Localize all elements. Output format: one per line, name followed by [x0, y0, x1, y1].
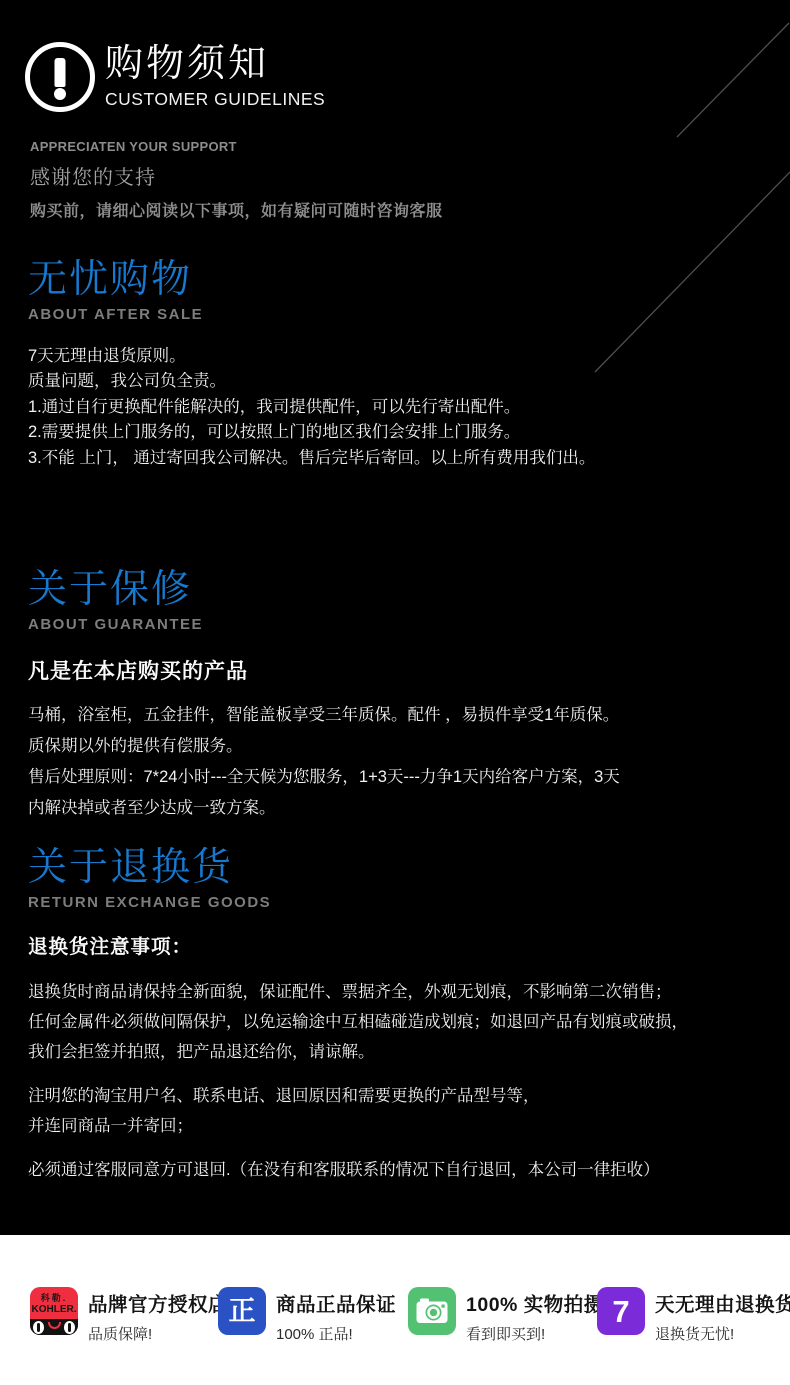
section-body: 退换货时商品请保持全新面貌，保证配件、票据齐全，外观无划痕，不影响第二次销售； …	[28, 977, 688, 1185]
badge-seven-day-return: 7 天无理由退换货 退换货无忧!	[597, 1287, 790, 1344]
support-intro-note: 购买前，请细心阅读以下事项，如有疑问可随时咨询客服	[30, 198, 443, 221]
body-line: 1.通过自行更换配件能解决的，我司提供配件，可以先行寄出配件。	[28, 395, 595, 421]
zheng-glyph: 正	[229, 1298, 256, 1325]
badge-title: 100% 实物拍摄	[466, 1289, 604, 1317]
section-lead: 退换货注意事项：	[28, 931, 688, 959]
kohler-logo-en: KOHLER.	[30, 1304, 78, 1315]
badge-title: 品牌官方授权店	[88, 1289, 228, 1317]
section-return-exchange: 关于退换货 RETURN EXCHANGE GOODS 退换货注意事项： 退换货…	[28, 846, 688, 1185]
badge-subtitle: 100% 正品!	[276, 1323, 396, 1344]
customer-guidelines-page: 购物须知 CUSTOMER GUIDELINES APPRECIATEN YOU…	[0, 0, 790, 1385]
section-after-sale: 无忧购物 ABOUT AFTER SALE 7天无理由退货原则。 质量问题，我公…	[28, 258, 595, 471]
support-intro: APPRECIATEN YOUR SUPPORT 感谢您的支持 购买前，请细心阅…	[30, 139, 443, 221]
body-line: 售后处理原则：7*24小时---全天候为您服务，1+3天---力争1天内给客户方…	[28, 762, 620, 793]
badge-official-store: 科勒. KOHLER. 品牌官方授权店 品质保障!	[30, 1287, 228, 1344]
body-line: 并连同商品一并寄回；	[28, 1111, 688, 1141]
body-line: 退换货时商品请保持全新面貌，保证配件、票据齐全，外观无划痕，不影响第二次销售；	[28, 977, 688, 1007]
body-line: 质量问题，我公司负全责。	[28, 369, 595, 395]
badge-authentic-goods: 正 商品正品保证 100% 正品!	[218, 1287, 396, 1344]
body-line: 2.需要提供上门服务的，可以按照上门的地区我们会安排上门服务。	[28, 420, 595, 446]
section-title: 关于保修	[28, 568, 620, 613]
page-subtitle: CUSTOMER GUIDELINES	[105, 89, 325, 110]
body-line: 注明您的淘宝用户名、联系电话、退回原因和需要更换的产品型号等，	[28, 1081, 688, 1111]
body-line: 任何金属件必须做间隔保护，以免运输途中互相磕碰造成划痕；如退回产品有划痕或破损，	[28, 1007, 688, 1037]
badge-subtitle: 品质保障!	[88, 1323, 228, 1344]
section-title: 无忧购物	[28, 258, 595, 303]
camera-badge-icon	[408, 1287, 456, 1335]
body-line: 马桶，浴室柜，五金挂件，智能盖板享受三年质保。配件 ，易损件享受1年质保。	[28, 700, 620, 731]
section-guarantee: 关于保修 ABOUT GUARANTEE 凡是在本店购买的产品 马桶，浴室柜，五…	[28, 568, 620, 824]
kohler-logo-cn: 科勒.	[30, 1287, 78, 1304]
badge-title: 商品正品保证	[276, 1289, 396, 1317]
section-body: 7天无理由退货原则。 质量问题，我公司负全责。 1.通过自行更换配件能解决的，我…	[28, 344, 595, 472]
page-title: 购物须知	[105, 44, 325, 86]
body-line: 7天无理由退货原则。	[28, 344, 595, 370]
badge-title: 天无理由退换货	[655, 1289, 790, 1317]
page-header: 购物须知 CUSTOMER GUIDELINES	[105, 44, 325, 110]
body-line: 质保期以外的提供有偿服务。	[28, 731, 620, 762]
seven-day-badge-icon: 7	[597, 1287, 645, 1335]
tmall-cat-face	[30, 1319, 78, 1335]
kohler-tmall-store-logo-icon: 科勒. KOHLER.	[30, 1287, 78, 1335]
badge-subtitle: 看到即买到!	[466, 1323, 604, 1344]
section-title-en: ABOUT GUARANTEE	[28, 616, 620, 633]
section-title-en: RETURN EXCHANGE GOODS	[28, 894, 688, 911]
section-title-en: ABOUT AFTER SALE	[28, 306, 595, 323]
badge-subtitle: 退换货无忧!	[655, 1323, 790, 1344]
body-line: 我们会拒签并拍照，把产品退还给你，请谅解。	[28, 1037, 688, 1067]
support-intro-cn: 感谢您的支持	[30, 161, 443, 190]
trust-badges-footer: 科勒. KOHLER. 品牌官方授权店 品质保障! 正 商品正品保证 10	[0, 1235, 790, 1385]
section-title: 关于退换货	[28, 846, 688, 891]
body-line: 必须通过客服同意方可退回.（在没有和客服联系的情况下自行退回，本公司一律拒收）	[28, 1155, 688, 1185]
body-line: 内解决掉或者至少达成一致方案。	[28, 793, 620, 824]
exclamation-circle-icon	[25, 42, 95, 112]
badge-real-photos: 100% 实物拍摄 看到即买到!	[408, 1287, 604, 1344]
seven-glyph: 7	[612, 1296, 629, 1327]
authenticity-badge-icon: 正	[218, 1287, 266, 1335]
support-intro-en: APPRECIATEN YOUR SUPPORT	[30, 139, 443, 154]
body-line: 3.不能 上门， 通过寄回我公司解决。售后完毕后寄回。以上所有费用我们出。	[28, 446, 595, 472]
section-lead: 凡是在本店购买的产品	[28, 655, 620, 685]
section-body: 马桶，浴室柜，五金挂件，智能盖板享受三年质保。配件 ，易损件享受1年质保。 质保…	[28, 700, 620, 824]
